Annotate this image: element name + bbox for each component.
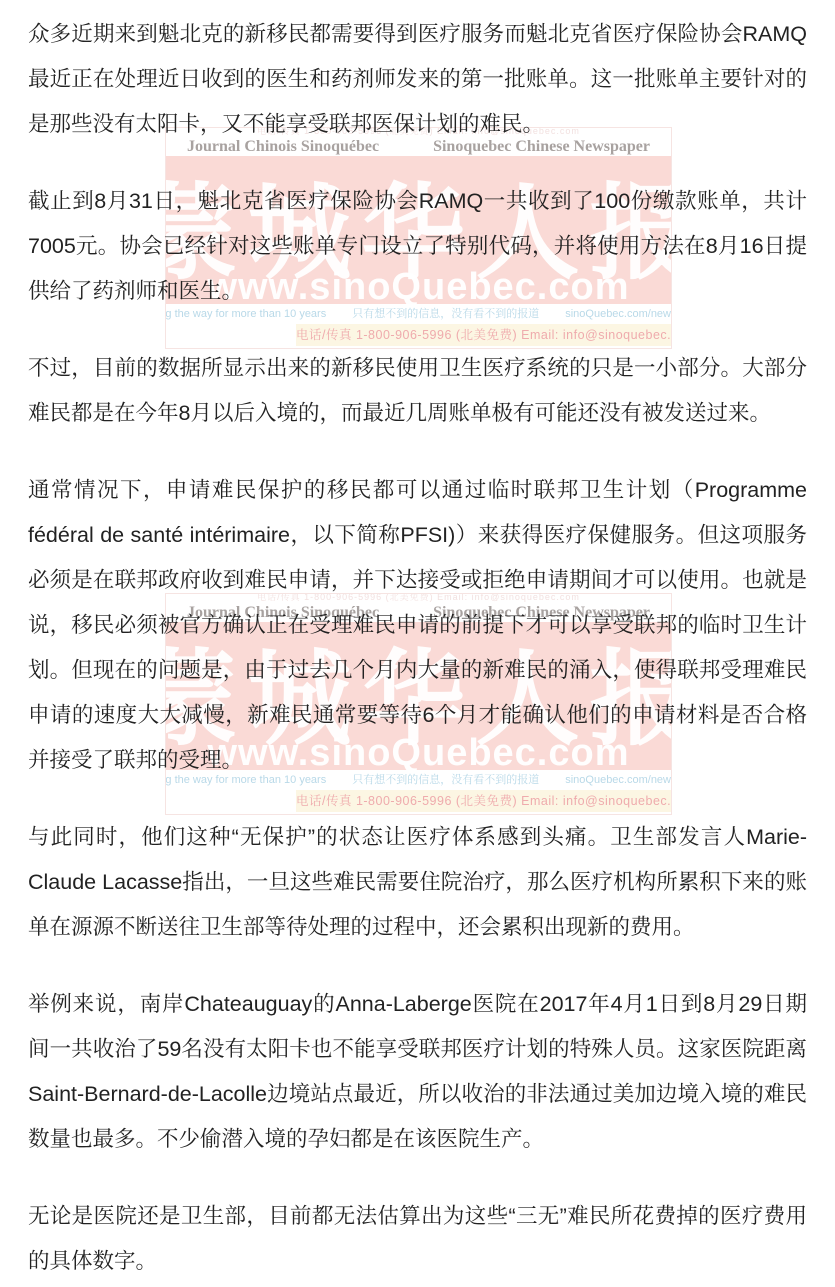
article-body: 众多近期来到魁北克的新移民都需要得到医疗服务而魁北克省医疗保险协会RAMQ最近正… xyxy=(0,0,835,1284)
article-paragraph-7: 无论是医院还是卫生部，目前都无法估算出为这些“三无”难民所花费掉的医疗费用的具体… xyxy=(28,1194,807,1284)
article-paragraph-3: 不过，目前的数据所显示出来的新移民使用卫生医疗系统的只是一小部分。大部分难民都是… xyxy=(28,346,807,436)
article-paragraph-2: 截止到8月31日，魁北克省医疗保险协会RAMQ一共收到了100份缴款账单，共计7… xyxy=(28,179,807,314)
article-paragraph-5: 与此同时，他们这种“无保护”的状态让医疗体系感到头痛。卫生部发言人Marie-C… xyxy=(28,815,807,950)
article-paragraph-1: 众多近期来到魁北克的新移民都需要得到医疗服务而魁北克省医疗保险协会RAMQ最近正… xyxy=(28,12,807,147)
article-paragraph-4: 通常情况下，申请难民保护的移民都可以通过临时联邦卫生计划（Programme f… xyxy=(28,468,807,783)
article-paragraph-6: 举例来说，南岸Chateauguay的Anna-Laberge医院在2017年4… xyxy=(28,982,807,1162)
